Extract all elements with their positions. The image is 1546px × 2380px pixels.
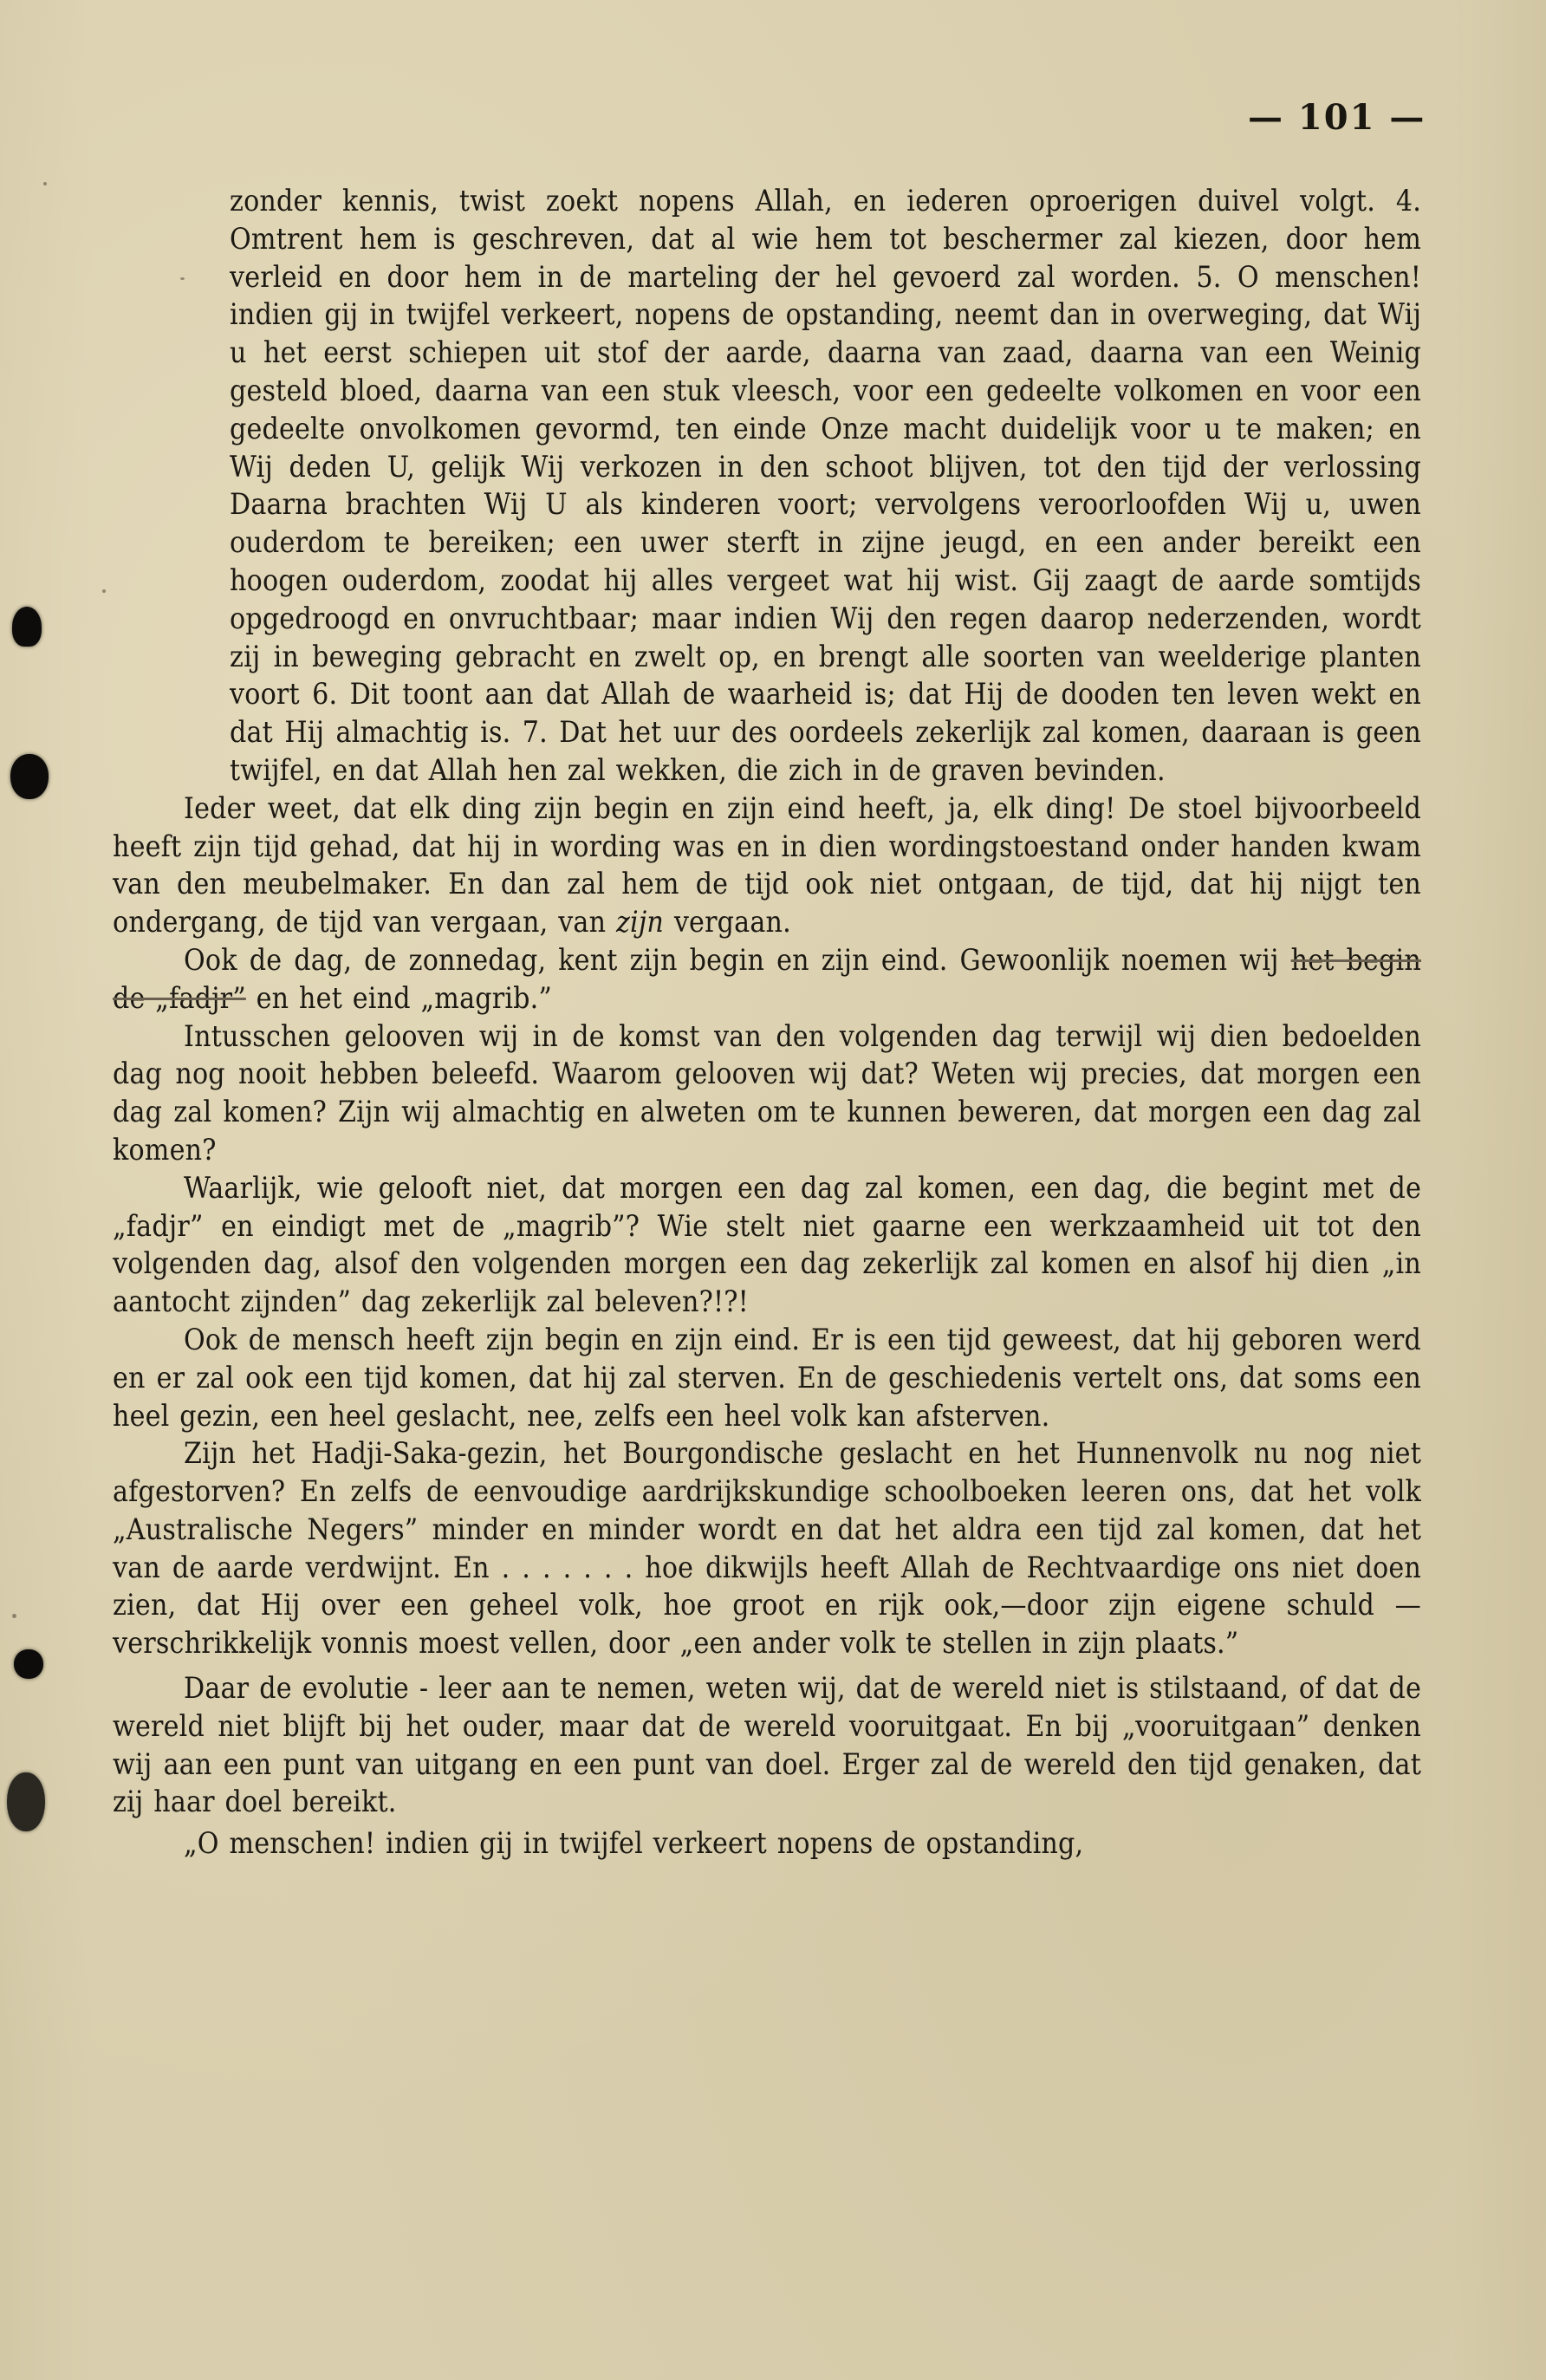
paragraph-peoples-die-out: Zijn het Hadji-Saka-gezin, het Bourgondi… [113, 1434, 1421, 1662]
paragraph-text: vergaan. [664, 905, 791, 939]
text-body: zonder kennis, twist zoekt nopens Allah,… [113, 182, 1421, 1863]
paper-speck [12, 1614, 16, 1618]
emphasized-word: zijn [616, 905, 664, 939]
binding-hole-2 [10, 754, 49, 799]
paragraph-text: Ook de dag, de zonnedag, kent zijn begin… [184, 943, 1291, 977]
binding-hole-4 [7, 1772, 45, 1831]
paper-speck [43, 182, 47, 185]
paper-speck [102, 589, 106, 593]
paragraph-everything-has-end: Ieder weet, dat elk ding zijn begin en z… [113, 790, 1421, 941]
paragraph-day-begin-end: Ook de dag, de zonnedag, kent zijn begin… [113, 941, 1421, 1018]
binding-hole-3 [14, 1649, 43, 1679]
paragraph-quote-o-menschen: „O menschen! indien gij in twijfel verke… [113, 1824, 1421, 1863]
paragraph-belief-next-day: Intusschen gelooven wij in de komst van … [113, 1018, 1421, 1169]
paragraph-quran-quote: zonder kennis, twist zoekt nopens Allah,… [113, 182, 1421, 790]
binding-hole-1 [12, 607, 42, 647]
paragraph-evolution: Daar de evolutie - leer aan te nemen, we… [113, 1669, 1421, 1821]
paragraph-truly: Waarlijk, wie gelooft niet, dat morgen e… [113, 1169, 1421, 1321]
page-number: — 101 — [1248, 97, 1426, 138]
paragraph-human-begin-end: Ook de mensch heeft zijn begin en zijn e… [113, 1321, 1421, 1434]
paragraph-text: en het eind „magrib.” [246, 981, 552, 1015]
